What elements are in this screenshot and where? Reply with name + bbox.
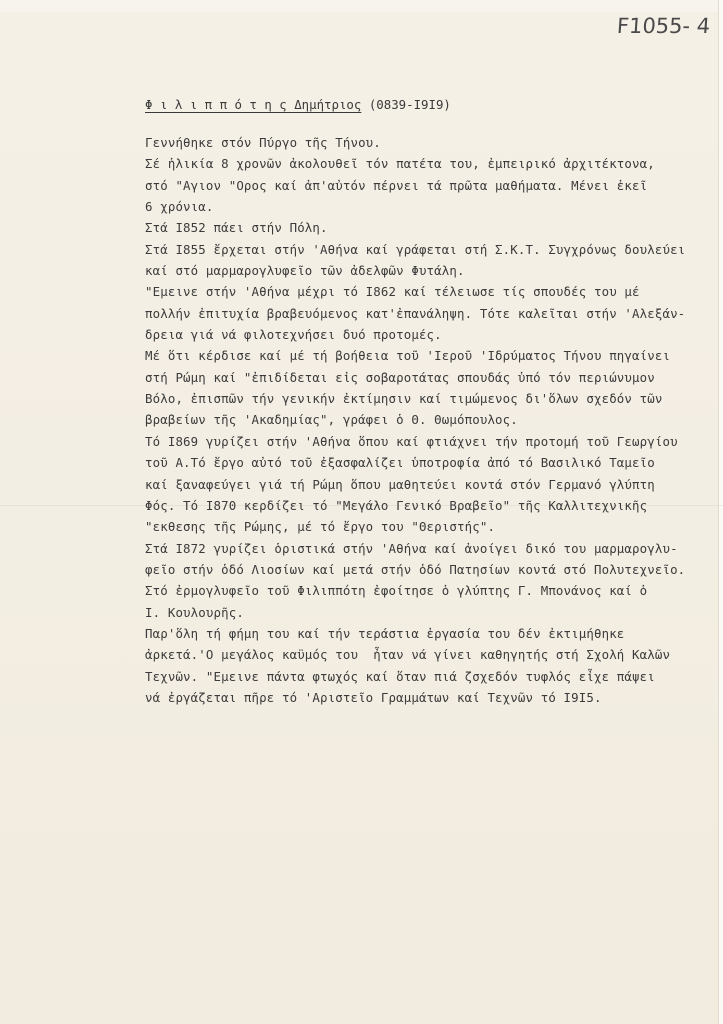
text-line: Μέ ὅτι κέρδισε καί μέ τή βοήθεια τοῦ 'Ιε… xyxy=(145,345,715,366)
page-right-edge xyxy=(718,0,723,1024)
life-dates: (0839-I9I9) xyxy=(369,97,451,112)
subject-name: Φ ι λ ι π π ό τ η ς Δημήτριος xyxy=(145,97,361,112)
text-line: καί στό μαρμαρογλυφεῖο τῶν ἀδελφῶν Φυτάλ… xyxy=(145,260,715,281)
text-line: Σέ ἡλικία 8 χρονῶν ἀκολουθεῖ τόν πατέτα … xyxy=(145,153,715,174)
text-line: Στά I872 γυρίζει ὁριστικά στήν 'Αθήνα κα… xyxy=(145,538,715,559)
text-line: νά ἐργάζεται πῆρε τό 'Αριστεῖο Γραμμάτων… xyxy=(145,687,715,708)
text-line: βραβείων τῆς 'Ακαδημίας", γράφει ὁ Θ. Θω… xyxy=(145,409,715,430)
biography-text: Γεννήθηκε στόν Πύργο τῆς Τήνου. Σέ ἡλικί… xyxy=(145,132,715,708)
text-line: I. Κουλουρῆς. xyxy=(145,602,715,623)
text-line: Στό ἐρμογλυφεῖο τοῦ Φιλιππότη ἐφοίτησε ὁ… xyxy=(145,580,715,601)
text-line: Τό I869 γυρίζει στήν 'Αθήνα ὅπου καί φτι… xyxy=(145,431,715,452)
text-line: φεῖο στήν ὁδό Λιοσίων καί μετά στήν ὁδό … xyxy=(145,559,715,580)
text-line: "Εμεινε στήν 'Αθήνα μέχρι τό I862 καί τέ… xyxy=(145,281,715,302)
text-line: Στά I855 ἔρχεται στήν 'Αθήνα καί γράφετα… xyxy=(145,239,715,260)
text-line: Στά I852 πάει στήν Πόλη. xyxy=(145,217,715,238)
text-line: πολλήν ἐπιτυχία βραβευόμενος κατ'ἐπανάλη… xyxy=(145,303,715,324)
document-title: Φ ι λ ι π π ό τ η ς Δημήτριος (0839-I9I9… xyxy=(145,97,451,112)
text-line: τοῦ Α.Τό ἔργο αὐτό τοῦ ἐξασφαλίζει ὑποτρ… xyxy=(145,452,715,473)
text-line: Γεννήθηκε στόν Πύργο τῆς Τήνου. xyxy=(145,132,715,153)
archive-reference-number: F1055- 4 xyxy=(616,14,711,38)
page-top-edge xyxy=(0,0,723,12)
text-line: στή Ρώμη καί "ἐπιδίδεται εἰς σοβαροτάτας… xyxy=(145,367,715,388)
text-line: Βόλο, ἐπισπῶν τήν γενικήν ἐκτίμησιν καί … xyxy=(145,388,715,409)
text-line: 6 χρόνια. xyxy=(145,196,715,217)
text-line: Παρ'ὅλη τή φήμη του καί τήν τεράστια ἐργ… xyxy=(145,623,715,644)
text-line: στό "Αγιον "Ορος καί ἀπ'αὐτόν πέρνει τά … xyxy=(145,175,715,196)
text-line: Φός. Τό I870 κερδίζει τό "Μεγάλο Γενικό … xyxy=(145,495,715,516)
text-line: Τεχνῶν. "Εμεινε πάντα φτωχός καί ὅταν πι… xyxy=(145,666,715,687)
text-line: καί ξαναφεύγει γιά τή Ρώμη ὅπου μαθητεύε… xyxy=(145,474,715,495)
document-page: F1055- 4 Φ ι λ ι π π ό τ η ς Δημήτριος (… xyxy=(0,0,723,1024)
text-line: "εκθεσης τῆς Ρώμης, μέ τό ἔργο του "Θερι… xyxy=(145,516,715,537)
text-line: δρεια γιά νά φιλοτεχνήσει δυό προτομές. xyxy=(145,324,715,345)
text-line: ἀρκετά.'Ο μεγάλος καϋμός του ἦταν νά γίν… xyxy=(145,644,715,665)
